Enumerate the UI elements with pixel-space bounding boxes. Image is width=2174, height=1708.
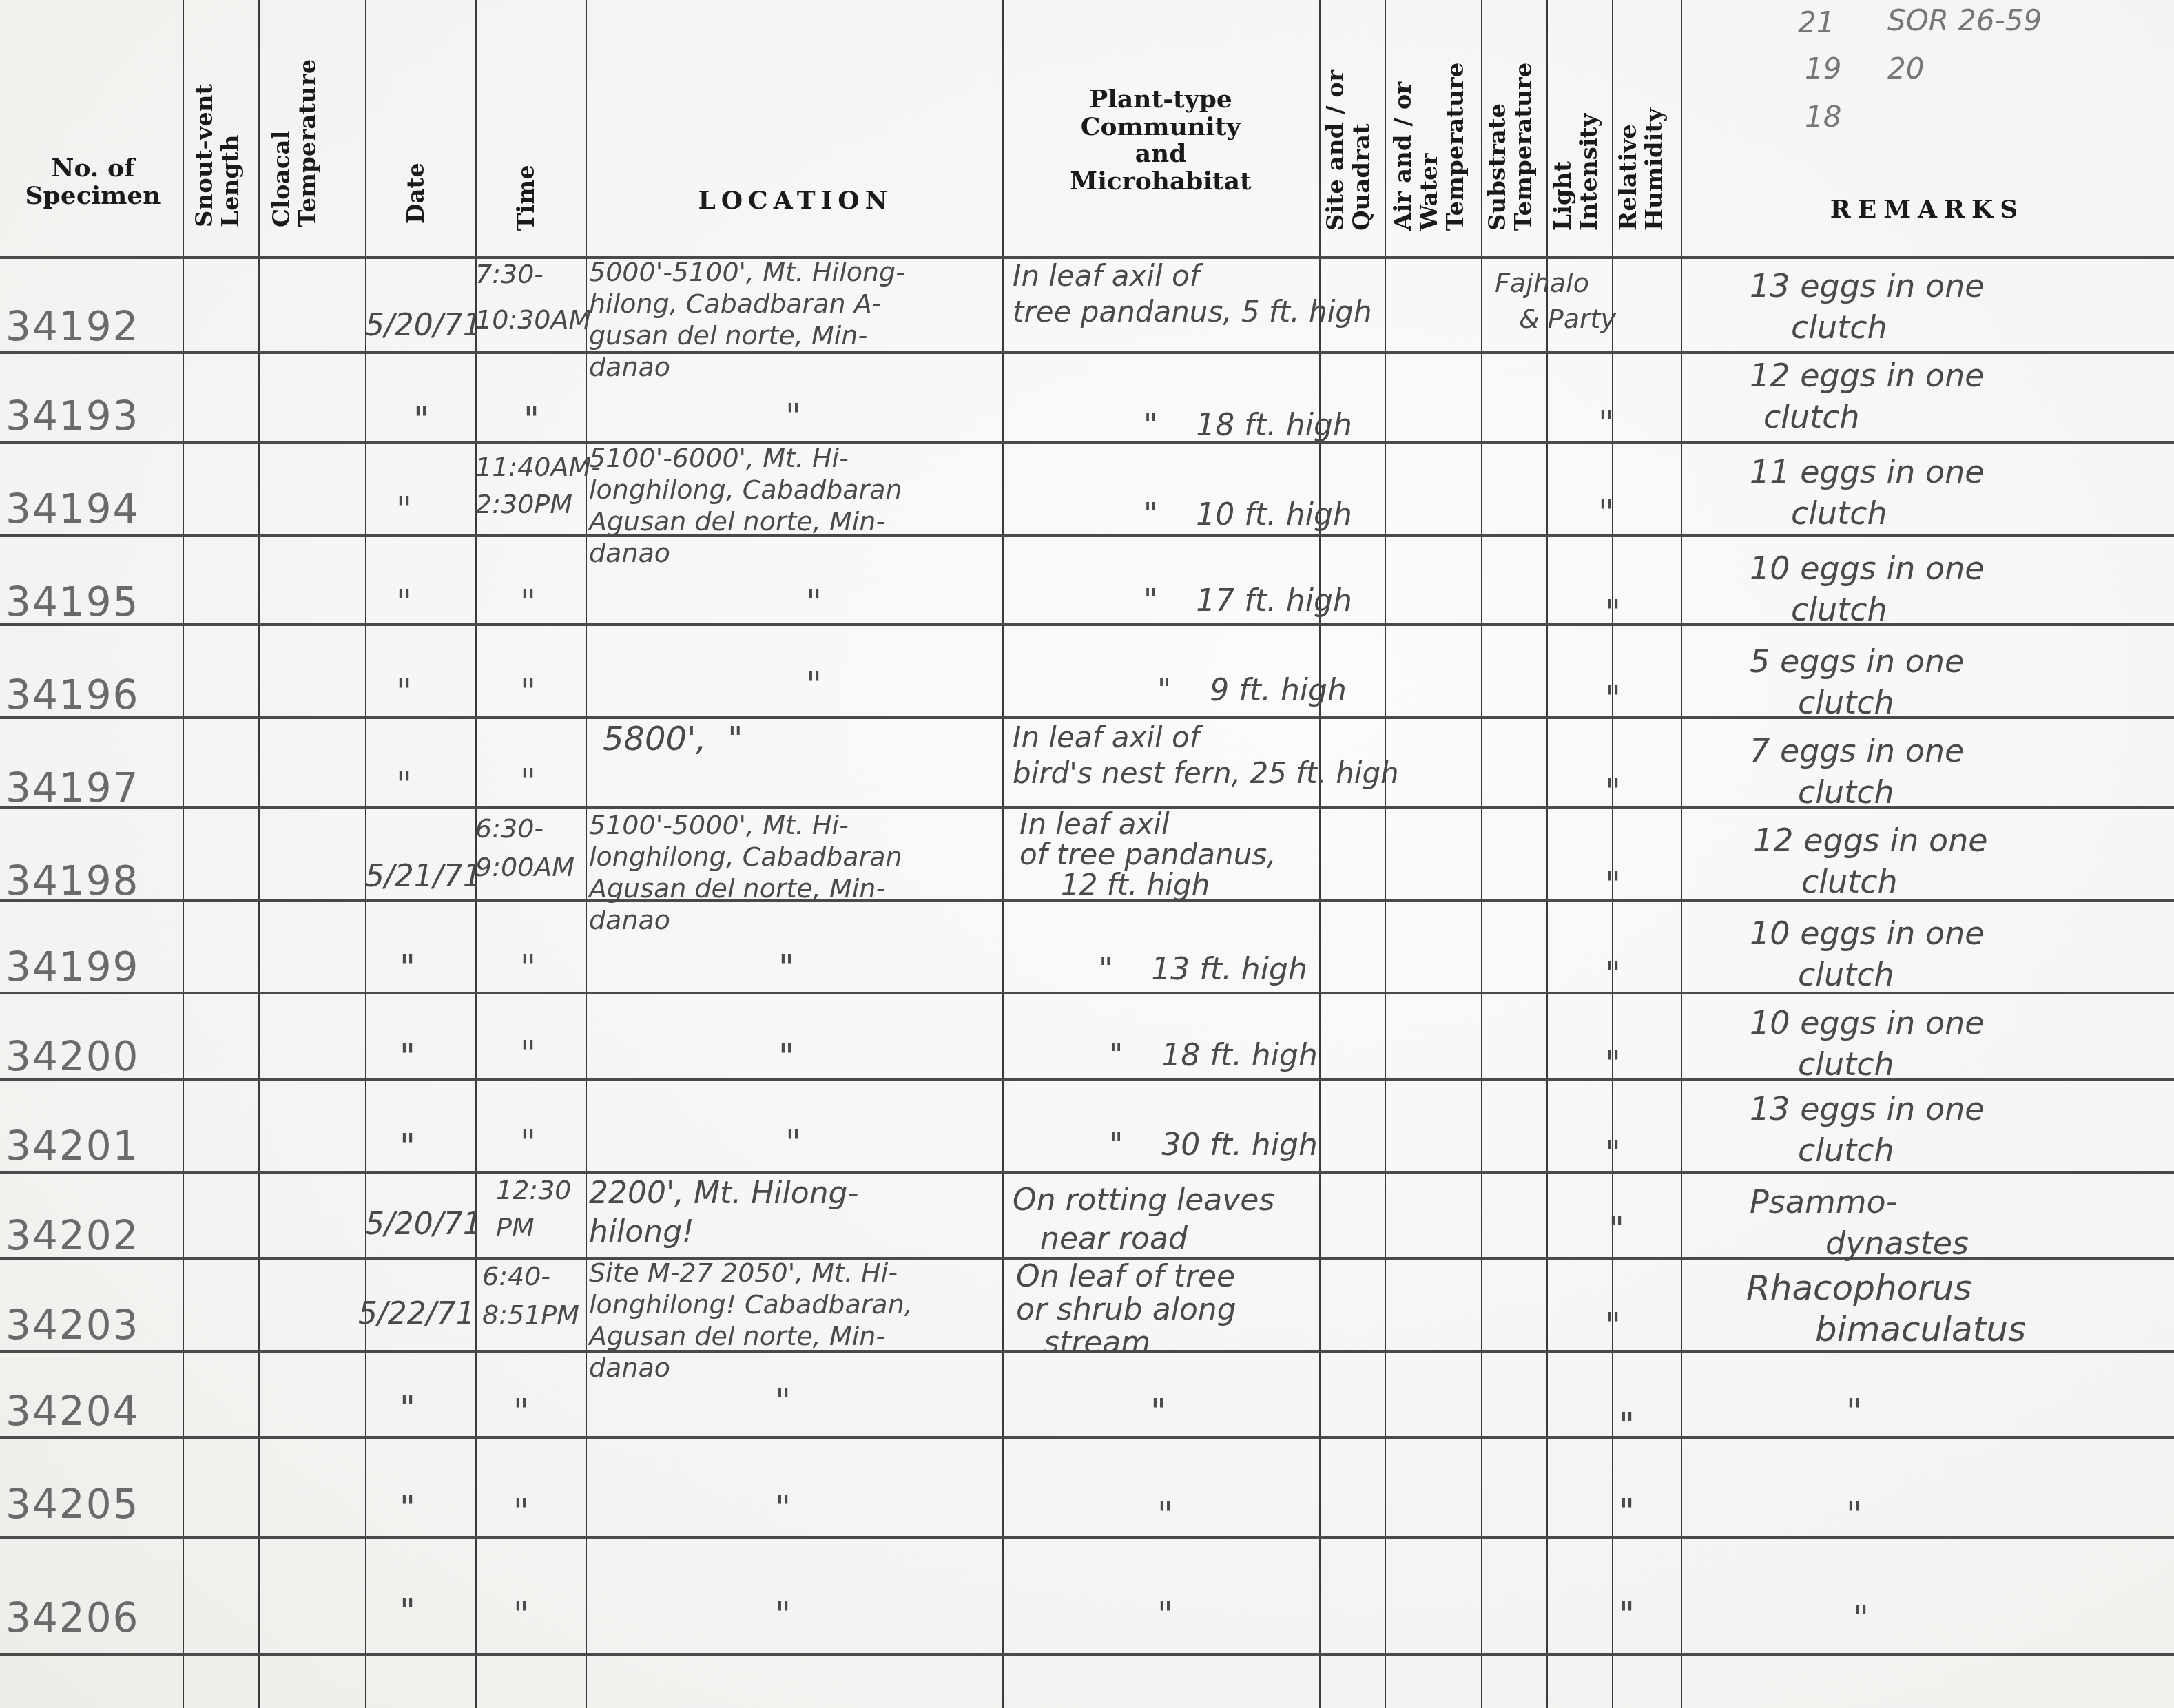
header-label: Plant-type <box>1006 86 1316 114</box>
specimen-number: 34196 <box>6 671 140 718</box>
ditto-mark: " <box>1605 864 1621 904</box>
ditto-mark: " <box>396 764 412 804</box>
row-rule <box>0 351 2174 354</box>
remarks-line: clutch <box>1750 396 1985 437</box>
ditto-mark: " <box>1598 403 1614 443</box>
plant-line: or shrub along <box>1016 1293 1236 1326</box>
remarks-cell: Rhacophorusbimaculatus <box>1746 1267 2026 1350</box>
plant-line: of tree pandanus, <box>1019 840 1276 870</box>
header-label: Air and / or <box>1390 63 1416 231</box>
remarks-line: clutch <box>1750 492 1985 534</box>
ditto-mark: " <box>413 399 429 439</box>
ditto-mark: " <box>806 582 822 622</box>
collector-cell: Fajhalo& Party <box>1495 265 1616 337</box>
location-line: Agusan del norte, Min- <box>589 506 902 537</box>
remarks-line: bimaculatus <box>1746 1309 2026 1350</box>
remarks-line: Psammo- <box>1750 1181 1969 1222</box>
header-location: LOCATION <box>592 187 999 215</box>
ditto-mark: " <box>1605 678 1621 718</box>
remarks-cell: 10 eggs in oneclutch <box>1750 548 1985 630</box>
corner-note: 21 <box>1798 6 1834 39</box>
ditto-mark: " <box>1605 592 1621 632</box>
remarks-cell: 12 eggs in oneclutch <box>1750 355 1985 437</box>
header-label: Length <box>218 84 244 227</box>
specimen-number: 34192 <box>6 303 140 350</box>
location-cell: Site M-27 2050', Mt. Hi-longhilong! Caba… <box>589 1257 913 1384</box>
header-time: Time <box>513 165 539 231</box>
ditto-mark: " <box>1150 1391 1166 1431</box>
specimen-number: 34195 <box>6 579 140 625</box>
ditto-mark: " <box>1598 492 1614 532</box>
ditto-mark: " <box>400 1037 415 1076</box>
ditto-mark: " <box>1619 1491 1635 1531</box>
time-line: PM <box>496 1211 572 1243</box>
location-line: gusan del norte, Min- <box>589 320 905 351</box>
header-specimen: No. of Specimen <box>7 155 179 209</box>
remarks-line: 10 eggs in one <box>1750 548 1985 589</box>
row-rule <box>0 534 2174 537</box>
time-line: 10:30AM <box>475 304 591 335</box>
plant-line: In leaf axil of <box>1013 720 1399 756</box>
header-air-water: Air and / or Water Temperature <box>1390 63 1469 231</box>
plant-cell: In leaf axilof tree pandanus,12 ft. high <box>1019 809 1276 900</box>
collector-line: Fajhalo <box>1495 265 1616 301</box>
specimen-number: 34203 <box>6 1302 140 1348</box>
header-label: Humidity <box>1642 108 1668 231</box>
plant-line: On rotting leaves <box>1013 1181 1274 1220</box>
location-line: danao <box>589 904 902 936</box>
header-cloacal: Cloacal Temperature <box>269 59 321 227</box>
plant-cell: " 17 ft. high <box>1143 585 1352 617</box>
ditto-mark: " <box>785 1123 801 1163</box>
header-label: No. of Specimen <box>25 154 161 210</box>
ditto-mark: " <box>400 947 415 987</box>
ditto-mark: " <box>513 1391 529 1431</box>
date-cell: 5/21/71 <box>365 861 482 893</box>
specimen-number: 34201 <box>6 1123 140 1169</box>
remarks-line: clutch <box>1750 589 1985 630</box>
header-label: Substrate <box>1484 63 1511 231</box>
location-cell: 5800', " <box>603 723 743 755</box>
datasheet-page: 21 SOR 26-59 19 20 18 No. of Specimen Sn… <box>0 0 2174 1708</box>
plant-cell: In leaf axil ofbird's nest fern, 25 ft. … <box>1013 720 1399 791</box>
header-humidity: Relative Humidity <box>1615 108 1668 231</box>
ditto-mark: " <box>775 1488 791 1528</box>
remarks-cell: 10 eggs in oneclutch <box>1750 1002 1985 1085</box>
ditto-mark: " <box>785 396 801 436</box>
ditto-mark: " <box>513 1594 529 1634</box>
location-cell: 5100'-6000', Mt. Hi-longhilong, Cabadbar… <box>589 442 902 569</box>
header-label: Temperature <box>295 59 321 227</box>
remarks-line: clutch <box>1750 306 1985 348</box>
plant-line: In leaf axil of <box>1013 258 1372 294</box>
ditto-mark: " <box>400 1126 415 1166</box>
time-cell: 6:40-8:51PM <box>482 1260 579 1331</box>
header-label: Snout-vent <box>191 84 218 227</box>
remarks-cell: 10 eggs in oneclutch <box>1750 913 1985 995</box>
location-line: Agusan del norte, Min- <box>589 1320 913 1352</box>
ditto-mark: " <box>1846 1391 1862 1431</box>
header-snout-vent: Snout-vent Length <box>191 84 244 227</box>
specimen-number: 34194 <box>6 486 140 532</box>
row-rule <box>0 1536 2174 1539</box>
remarks-line: 10 eggs in one <box>1750 913 1985 954</box>
ditto-mark: " <box>1853 1598 1869 1638</box>
location-cell: 5100'-5000', Mt. Hi-longhilong, Cabadbar… <box>589 809 902 936</box>
plant-cell: On leaf of treeor shrub alongstream <box>1016 1260 1236 1360</box>
corner-note: 19 <box>1805 52 1841 85</box>
specimen-number: 34205 <box>6 1481 140 1528</box>
ditto-mark: " <box>400 1488 415 1528</box>
specimen-number: 34206 <box>6 1594 140 1641</box>
remarks-cell: 11 eggs in oneclutch <box>1750 451 1985 534</box>
ditto-mark: " <box>1605 1305 1621 1345</box>
header-label: Microhabitat <box>1006 168 1316 196</box>
location-line: danao <box>589 537 902 569</box>
ditto-mark: " <box>524 399 539 439</box>
ditto-mark: " <box>1619 1405 1635 1445</box>
plant-line: near road <box>1013 1220 1274 1258</box>
header-site: Site and / or Quadrat <box>1323 70 1375 231</box>
row-rule <box>0 1171 2174 1174</box>
date-cell: 5/20/71 <box>365 1209 482 1240</box>
header-label: Light <box>1550 114 1576 231</box>
header-label: Site and / or <box>1323 70 1349 231</box>
plant-cell: " 18 ft. high <box>1109 1040 1318 1072</box>
remarks-line: 12 eggs in one <box>1753 820 1988 861</box>
time-line: 11:40AM- <box>475 451 601 483</box>
remarks-cell: 12 eggs in oneclutch <box>1753 820 1988 902</box>
ditto-mark: " <box>778 1037 794 1076</box>
remarks-line: 13 eggs in one <box>1750 265 1985 306</box>
remarks-line: clutch <box>1750 1043 1985 1085</box>
remarks-line: clutch <box>1750 954 1985 995</box>
ditto-mark: " <box>396 582 412 622</box>
plant-line: On leaf of tree <box>1016 1260 1236 1293</box>
header-label: Water <box>1416 63 1442 231</box>
time-cell: 11:40AM-2:30PM <box>475 451 601 520</box>
remarks-line: 13 eggs in one <box>1750 1088 1985 1129</box>
header-label: Temperature <box>1511 63 1537 231</box>
header-label: Community <box>1006 114 1316 141</box>
time-line: 2:30PM <box>475 488 601 520</box>
time-line: 8:51PM <box>482 1299 579 1331</box>
remarks-line: clutch <box>1750 682 1964 723</box>
time-line: 6:40- <box>482 1260 579 1292</box>
remarks-line: 11 eggs in one <box>1750 451 1985 492</box>
specimen-number: 34198 <box>6 857 140 904</box>
location-line: hilong, Cabadbaran A- <box>589 288 905 320</box>
remarks-cell: 5 eggs in oneclutch <box>1750 640 1964 723</box>
ditto-mark: " <box>1619 1594 1635 1634</box>
time-cell: 6:30-9:00AM <box>475 813 574 883</box>
header-substrate: Substrate Temperature <box>1484 63 1537 231</box>
corner-note: 18 <box>1805 100 1841 134</box>
plant-cell: " 9 ft. high <box>1157 675 1347 707</box>
location-line: 5000'-5100', Mt. Hilong- <box>589 256 905 288</box>
plant-line: stream <box>1016 1326 1236 1360</box>
remarks-line: clutch <box>1750 771 1964 813</box>
plant-line: 12 ft. high <box>1019 870 1276 900</box>
header-label: Date <box>403 163 429 224</box>
ditto-mark: " <box>520 947 536 987</box>
ditto-mark: " <box>1608 1209 1624 1249</box>
location-cell: 5000'-5100', Mt. Hilong-hilong, Cabadbar… <box>589 256 905 383</box>
header-label: Time <box>513 165 539 231</box>
ditto-mark: " <box>513 1491 529 1531</box>
header-label: Temperature <box>1442 63 1469 231</box>
location-line: danao <box>589 351 905 383</box>
plant-line: tree pandanus, 5 ft. high <box>1013 294 1372 330</box>
plant-cell: " 13 ft. high <box>1099 954 1307 986</box>
time-line: 6:30- <box>475 813 574 844</box>
plant-cell: " 10 ft. high <box>1143 499 1352 531</box>
ditto-mark: " <box>1605 771 1621 811</box>
ditto-mark: " <box>1605 1043 1621 1083</box>
remarks-cell: Psammo-dynastes <box>1750 1181 1969 1264</box>
ditto-mark: " <box>1846 1494 1862 1534</box>
location-line: Site M-27 2050', Mt. Hi- <box>589 1257 913 1289</box>
remarks-line: 10 eggs in one <box>1750 1002 1985 1043</box>
remarks-line: clutch <box>1753 861 1988 902</box>
ditto-mark: " <box>1605 954 1621 994</box>
location-line: longhilong, Cabadbaran <box>589 474 902 506</box>
header-label: Relative <box>1615 108 1642 231</box>
ditto-mark: " <box>775 1594 791 1634</box>
date-cell: 5/22/71 <box>358 1298 475 1330</box>
specimen-number: 34202 <box>6 1212 140 1259</box>
catalog-note: SOR 26-59 <box>1887 3 2042 37</box>
time-line: 12:30 <box>496 1174 572 1206</box>
ditto-mark: " <box>806 665 822 705</box>
remarks-line: Rhacophorus <box>1746 1267 2026 1309</box>
ditto-mark: " <box>400 1388 415 1428</box>
ditto-mark: " <box>778 947 794 987</box>
remarks-line: dynastes <box>1750 1222 1969 1264</box>
ditto-mark: " <box>396 489 412 529</box>
specimen-number: 34200 <box>6 1033 140 1080</box>
specimen-number: 34199 <box>6 944 140 990</box>
remarks-cell: 13 eggs in oneclutch <box>1750 265 1985 348</box>
ditto-mark: " <box>520 671 536 711</box>
location-line: 2200', Mt. Hilong- <box>589 1174 858 1213</box>
plant-cell: " 30 ft. high <box>1109 1129 1318 1161</box>
time-cell: 12:30PM <box>496 1174 572 1243</box>
location-cell: 2200', Mt. Hilong-hilong! <box>589 1174 858 1251</box>
row-rule <box>0 441 2174 444</box>
header-remarks: REMARKS <box>1681 196 2174 224</box>
row-rule <box>0 1436 2174 1439</box>
location-line: danao <box>589 1352 913 1384</box>
remarks-line: clutch <box>1750 1129 1985 1171</box>
ditto-mark: " <box>1157 1494 1173 1534</box>
location-line: Agusan del norte, Min- <box>589 873 902 904</box>
remarks-line: 7 eggs in one <box>1750 730 1964 771</box>
ditto-mark: " <box>1605 1133 1621 1173</box>
ditto-mark: " <box>400 1591 415 1631</box>
specimen-number: 34204 <box>6 1388 140 1435</box>
plant-line: bird's nest fern, 25 ft. high <box>1013 756 1399 791</box>
ditto-mark: " <box>520 1123 536 1163</box>
specimen-number: 34197 <box>6 764 140 811</box>
location-line: 5100'-5000', Mt. Hi- <box>589 809 902 841</box>
row-rule <box>0 1653 2174 1656</box>
header-date: Date <box>403 163 429 224</box>
header-plant-type: Plant-type Community and Microhabitat <box>1006 86 1316 195</box>
header-label: Cloacal <box>269 59 295 227</box>
header-label: Intensity <box>1576 114 1602 231</box>
ditto-mark: " <box>1157 1594 1173 1634</box>
collector-line: & Party <box>1495 301 1616 337</box>
location-line: hilong! <box>589 1213 858 1251</box>
ditto-mark: " <box>775 1381 791 1421</box>
specimen-number: 34193 <box>6 393 140 439</box>
remarks-line: 12 eggs in one <box>1750 355 1985 396</box>
date-cell: 5/20/71 <box>365 310 482 342</box>
header-label: Quadrat <box>1349 70 1375 231</box>
location-line: longhilong, Cabadbaran <box>589 841 902 873</box>
ditto-mark: " <box>520 1033 536 1073</box>
remarks-cell: 7 eggs in oneclutch <box>1750 730 1964 813</box>
location-line: longhilong! Cabadbaran, <box>589 1289 913 1320</box>
time-line: 9:00AM <box>475 851 574 883</box>
plant-cell: On rotting leavesnear road <box>1013 1181 1274 1258</box>
plant-cell: In leaf axil oftree pandanus, 5 ft. high <box>1013 258 1372 330</box>
header-label: and <box>1006 140 1316 168</box>
corner-note: 20 <box>1887 52 1924 85</box>
time-cell: 7:30-10:30AM <box>475 258 591 335</box>
ditto-mark: " <box>520 761 536 801</box>
remarks-line: 5 eggs in one <box>1750 640 1964 682</box>
plant-cell: " 18 ft. high <box>1143 410 1352 441</box>
ditto-mark: " <box>520 582 536 622</box>
remarks-cell: 13 eggs in oneclutch <box>1750 1088 1985 1171</box>
time-line: 7:30- <box>475 258 591 290</box>
plant-line: In leaf axil <box>1019 809 1276 840</box>
ditto-mark: " <box>396 671 412 711</box>
header-light: Light Intensity <box>1550 114 1602 231</box>
location-line: 5100'-6000', Mt. Hi- <box>589 442 902 474</box>
